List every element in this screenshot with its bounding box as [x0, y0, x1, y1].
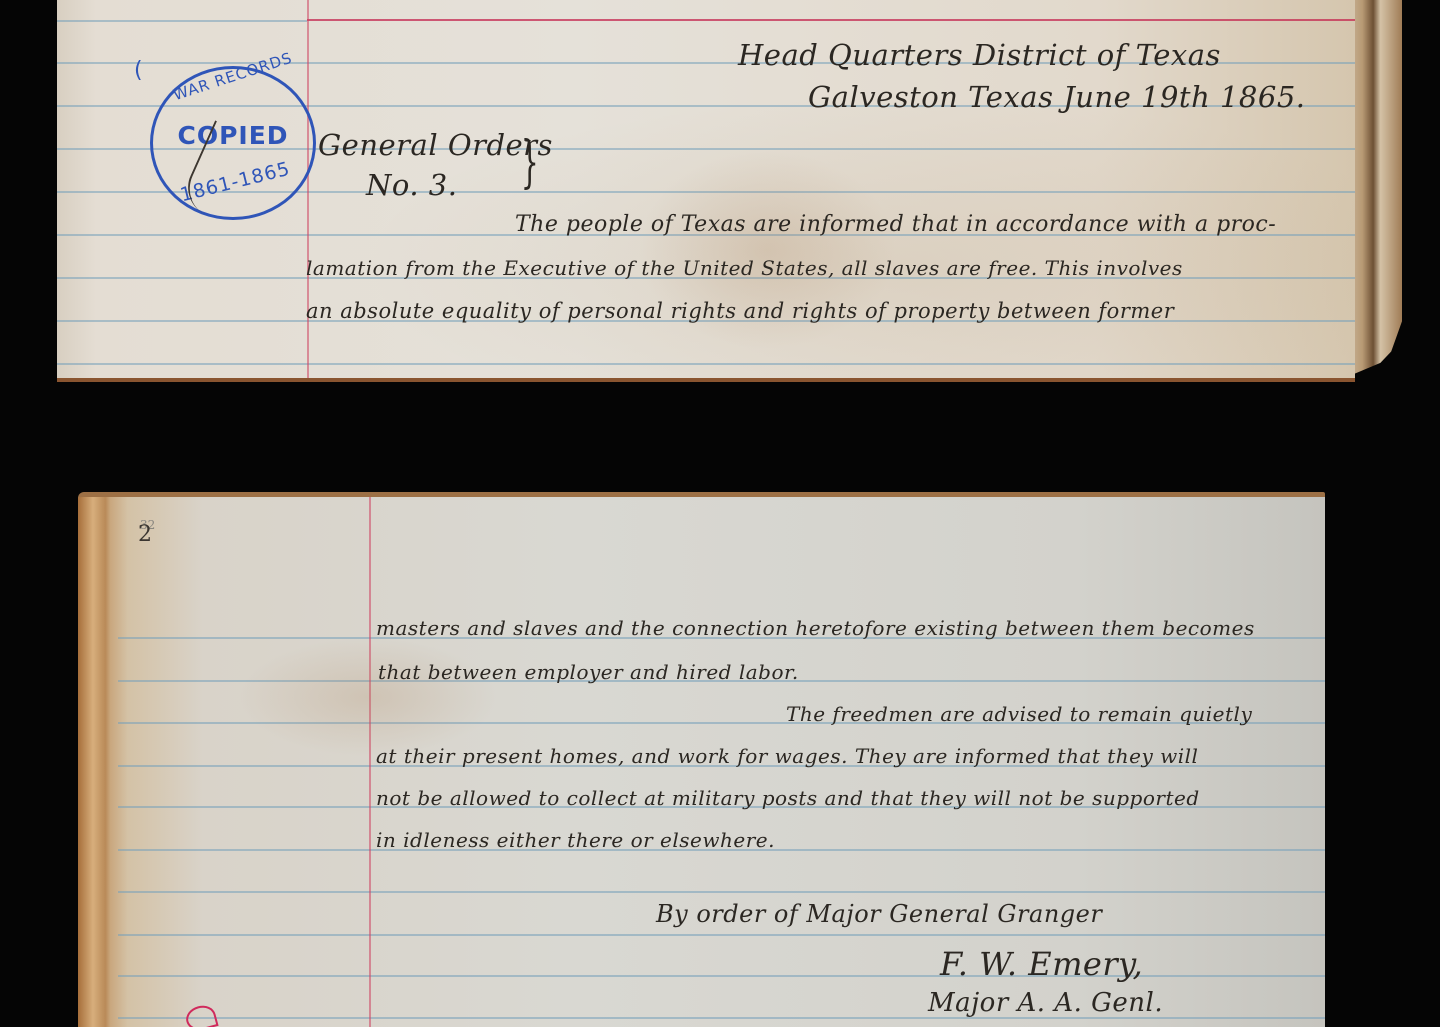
- top-body-line-2: lamation from the Executive of the Unite…: [306, 256, 1183, 280]
- bleed-through-stain: [238, 637, 498, 757]
- order-title: General Orders: [318, 128, 553, 162]
- margin-mark: (: [134, 58, 143, 83]
- order-number: No. 3.: [366, 168, 457, 202]
- red-margin-line: [369, 497, 371, 1027]
- brace-glyph: }: [521, 130, 539, 195]
- header-line-1: Head Quarters District of Texas: [738, 38, 1221, 72]
- bottom-body-line-2: that between employer and hired labor.: [378, 660, 799, 684]
- bottom-body-line-5: not be allowed to collect at military po…: [376, 786, 1200, 810]
- bottom-body-line-4: at their present homes, and work for wag…: [376, 744, 1198, 768]
- header-line-2: Galveston Texas June 19th 1865.: [808, 80, 1306, 114]
- blue-rule: [118, 934, 1325, 936]
- top-body-line-1: The people of Texas are informed that in…: [515, 212, 1276, 237]
- blue-rule: [118, 891, 1325, 893]
- closing-line: By order of Major General Granger: [656, 900, 1102, 928]
- bottom-body-line-6: in idleness either there or elsewhere.: [376, 828, 775, 852]
- signature-title: Major A. A. Genl.: [928, 988, 1163, 1018]
- signature: F. W. Emery,: [940, 945, 1143, 983]
- folio-number: 2: [138, 522, 152, 547]
- blue-rule: [118, 975, 1325, 977]
- bottom-body-line-3: The freedmen are advised to remain quiet…: [786, 702, 1252, 726]
- top-body-line-3: an absolute equality of personal rights …: [306, 299, 1174, 323]
- red-header-rule: [307, 19, 1355, 21]
- blue-rule: [57, 20, 307, 22]
- blue-rule: [57, 363, 1355, 365]
- bottom-body-line-1: masters and slaves and the connection he…: [376, 616, 1255, 640]
